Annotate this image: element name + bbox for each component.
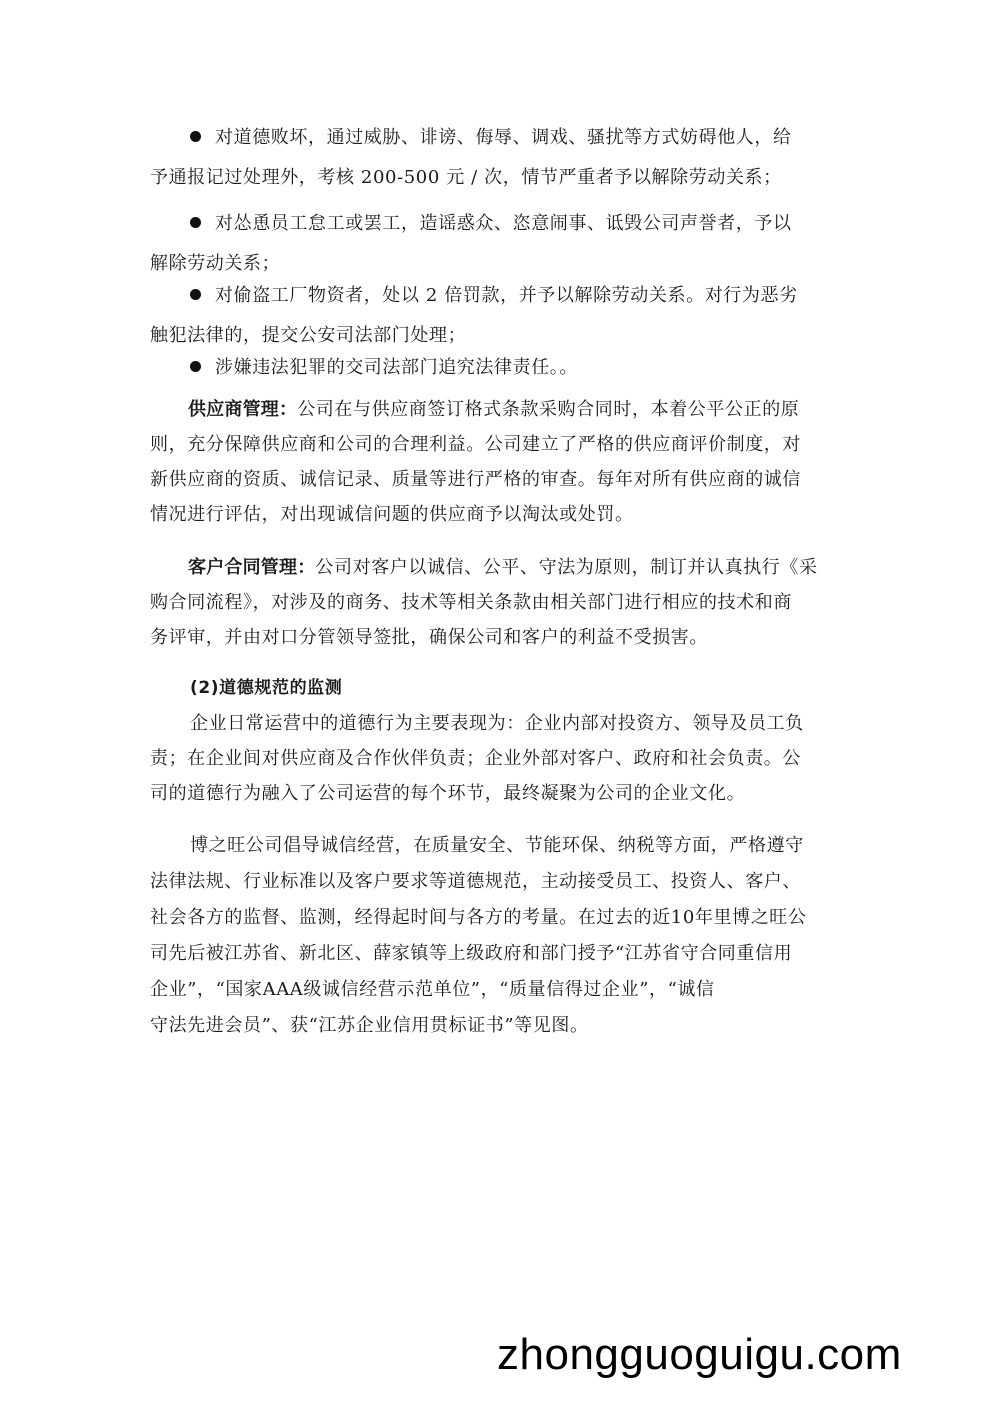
watermark-text: zhongguoguigu.com [497,1330,902,1380]
paragraph-text: 司先后被江苏省、新北区、薛家镇等上级政府和部门授予“江苏省守合同重信用 [150,944,807,964]
bullet-dot-icon [190,361,201,372]
bullet-dot-icon [190,217,201,228]
bullet-text: 对道德败坏，通过威胁、诽谤、侮辱、调戏、骚扰等方式妨碍他人，给 [215,127,792,148]
paragraph-text: 务评审，并由对口分管领导签批，确保公司和客户的利益不受损害。 [150,628,818,648]
paragraph-text: 公司在与供应商签订格式条款采购合同时，本着公平公正的原 [297,399,799,420]
bullet-text: 对偷盗工厂物资者，处以 2 倍罚款，并予以解除劳动关系。对行为恶劣 [215,285,798,306]
bullet-text: 解除劳动关系； [150,254,792,274]
paragraph-text: 公司对客户以诚信、公平、守法为原则，制订并认真执行《采 [315,557,817,578]
paragraph-text: 司的道德行为融入了公司运营的每个环节，最终凝聚为公司的企业文化。 [150,784,804,804]
bullet-text: 触犯法律的，提交公安司法部门处理； [150,326,798,346]
supplier-management-label: 供应商管理： [188,399,297,420]
ethics-paragraph: 企业日常运营中的道德行为主要表现为：企业内部对投资方、领导及员工负 责；在企业间… [150,714,804,804]
bullet-text: 予通报记过处理外，考核 200-500 元 / 次，情节严重者予以解除劳动关系； [150,168,792,188]
paragraph-text: 企业日常运营中的道德行为主要表现为：企业内部对投资方、领导及员工负 [150,714,804,734]
paragraph-text: 购合同流程》，对涉及的商务、技术等相关条款由相关部门进行相应的技术和商 [150,593,818,613]
company-paragraph: 博之旺公司倡导诚信经营，在质量安全、节能环保、纳税等方面，严格遵守 法律法规、行… [150,836,807,1036]
bullet-text: 对怂恿员工怠工或罢工，造谣惑众、恣意闹事、诋毁公司声誉者，予以 [215,213,792,234]
bullet-item: 涉嫌违法犯罪的交司法部门追究法律责任。。 [150,358,578,378]
paragraph-text: 法律法规、行业标准以及客户要求等道德规范，主动接受员工、投资人、客户、 [150,872,807,892]
paragraph-text: 新供应商的资质、诚信记录、质量等进行严格的审查。每年对所有供应商的诚信 [150,470,801,490]
supplier-management-paragraph: 供应商管理：公司在与供应商签订格式条款采购合同时，本着公平公正的原 则，充分保障… [150,400,801,525]
bullet-text: 涉嫌违法犯罪的交司法部门追究法律责任。。 [215,357,578,378]
paragraph-text: 责；在企业间对供应商及合作伙伴负责；企业外部对客户、政府和社会负责。公 [150,749,804,769]
paragraph-text: 情况进行评估，对出现诚信问题的供应商予以淘汰或处罚。 [150,505,801,525]
bullet-item: 对偷盗工厂物资者，处以 2 倍罚款，并予以解除劳动关系。对行为恶劣 触犯法律的，… [150,286,798,346]
document-page: 对道德败坏，通过威胁、诽谤、侮辱、调戏、骚扰等方式妨碍他人，给 予通报记过处理外… [0,0,992,1403]
bullet-dot-icon [190,131,201,142]
paragraph-text: 博之旺公司倡导诚信经营，在质量安全、节能环保、纳税等方面，严格遵守 [150,836,807,856]
section-heading: (2)道德规范的监测 [150,678,342,698]
customer-contract-paragraph: 客户合同管理：公司对客户以诚信、公平、守法为原则，制订并认真执行《采 购合同流程… [150,558,818,648]
paragraph-text: 则，充分保障供应商和公司的合理利益。公司建立了严格的供应商评价制度，对 [150,435,801,455]
paragraph-text: 社会各方的监督、监测，经得起时间与各方的考量。在过去的近10年里博之旺公 [150,908,807,928]
bullet-dot-icon [190,289,201,300]
paragraph-text: 企业”，“国家AAA级诚信经营示范单位”，“质量信得过企业”，“诚信 [150,980,807,1000]
bullet-item: 对怂恿员工怠工或罢工，造谣惑众、恣意闹事、诋毁公司声誉者，予以 解除劳动关系； [150,214,792,274]
paragraph-text: 守法先进会员”、获“江苏企业信用贯标证书”等见图。 [150,1016,807,1036]
bullet-item: 对道德败坏，通过威胁、诽谤、侮辱、调戏、骚扰等方式妨碍他人，给 予通报记过处理外… [150,128,792,188]
customer-contract-label: 客户合同管理： [188,557,315,578]
